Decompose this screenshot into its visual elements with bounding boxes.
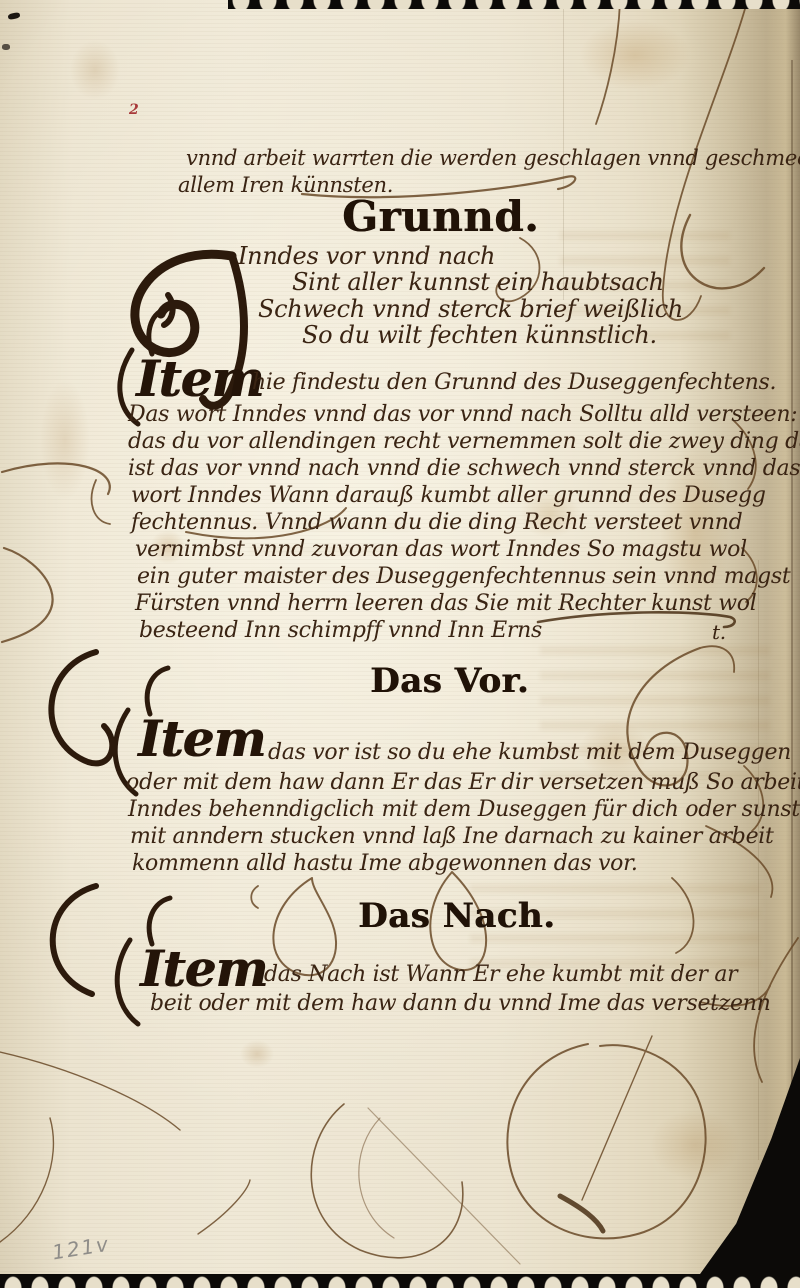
intro-line: vnnd arbeit warrten die werden geschlage… [186, 148, 800, 169]
body-line: ist das vor vnnd nach vnnd die schwech v… [128, 458, 800, 480]
page-edge-line [791, 60, 793, 1100]
deckle-edge-top [228, 0, 800, 9]
section-heading-nach: Das Nach. [358, 899, 555, 933]
body-line: kommenn alld hastu Ime abgewonnen das vo… [132, 853, 638, 875]
body-line: besteend Inn schimpff vnnd Inn Erns [139, 620, 542, 642]
edge-speck [2, 44, 10, 50]
margin-catchword: t. [712, 622, 726, 642]
body-line: Das wort Inndes vnnd das vor vnnd nach S… [128, 404, 797, 426]
verse-line: Inndes vor vnnd nach [238, 244, 495, 268]
body-line: hie findestu den Grunnd des Duseggenfech… [252, 372, 776, 394]
verse-line: Sint aller kunnst ein haubtsach [292, 270, 664, 294]
body-line: das Nach ist Wann Er ehe kumbt mit der a… [264, 964, 737, 986]
body-line: oder mit dem haw dann Er das Er dir vers… [126, 772, 800, 794]
body-line: ein guter maister des Duseggenfechtennus… [137, 566, 790, 588]
body-line: Fürsten vnnd herrn leeren das Sie mit Re… [135, 593, 756, 615]
quire-mark-red: 2 [129, 102, 139, 118]
body-line: mit anndern stucken vnnd laß Ine darnach… [130, 826, 774, 848]
body-line: wort Inndes Wann darauß kumbt aller grun… [131, 485, 766, 507]
section-heading-grund: Grunnd. [342, 196, 539, 238]
vertical-crease-right [758, 560, 759, 1160]
item-initial-word: Item [140, 944, 267, 994]
verse-line: So du wilt fechten künnstlich. [302, 323, 657, 347]
body-line: fechtennus. Vnnd wann du die ding Recht … [131, 512, 742, 534]
body-line: das du vor allendingen recht vernemmen s… [128, 431, 800, 453]
item-initial-word: Item [138, 714, 265, 764]
body-line: das vor ist so du ehe kumbst mit dem Dus… [268, 742, 791, 764]
manuscript-page: vnnd arbeit warrten die werden geschlage… [0, 0, 800, 1288]
body-line: Inndes behenndigclich mit dem Duseggen f… [128, 799, 800, 821]
body-line: vernimbst vnnd zuvoran das wort Inndes S… [135, 539, 747, 561]
section-heading-vor: Das Vor. [370, 664, 529, 698]
deckle-edge-bottom [0, 1274, 800, 1288]
item-initial-word: Item [136, 354, 263, 404]
page-curvature-shadow [680, 0, 800, 1288]
body-line: beit oder mit dem haw dann du vnnd Ime d… [150, 993, 770, 1015]
verse-line: Schwech vnnd sterck brief weißlich [258, 297, 683, 321]
